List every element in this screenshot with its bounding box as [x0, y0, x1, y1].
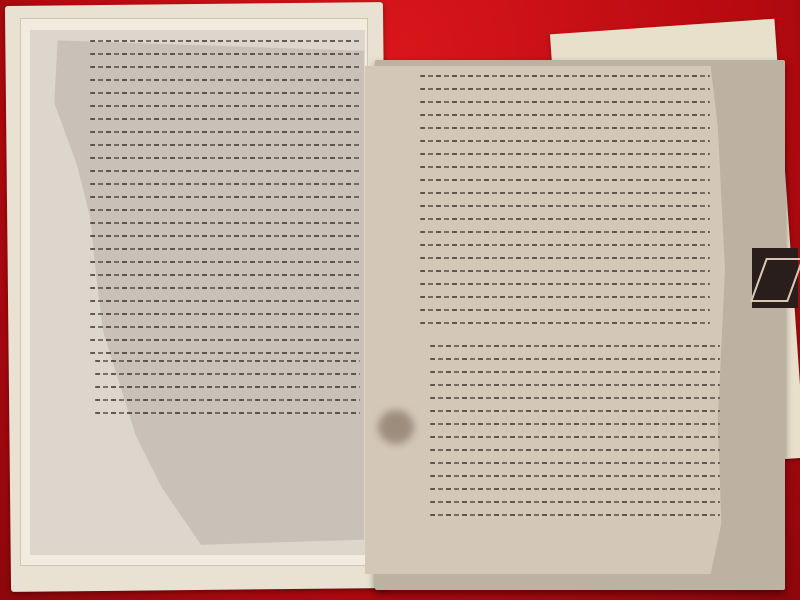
- left-handwriting-paragraph-2: [95, 360, 360, 420]
- page-stain: [378, 410, 414, 444]
- photo-background: Open antique handwritten manuscript book…: [0, 0, 800, 600]
- book-strap-emblem: [752, 248, 798, 308]
- right-handwriting-paragraph-2: [430, 345, 720, 525]
- right-handwriting-block: [420, 75, 710, 335]
- left-handwriting-block: [90, 40, 360, 370]
